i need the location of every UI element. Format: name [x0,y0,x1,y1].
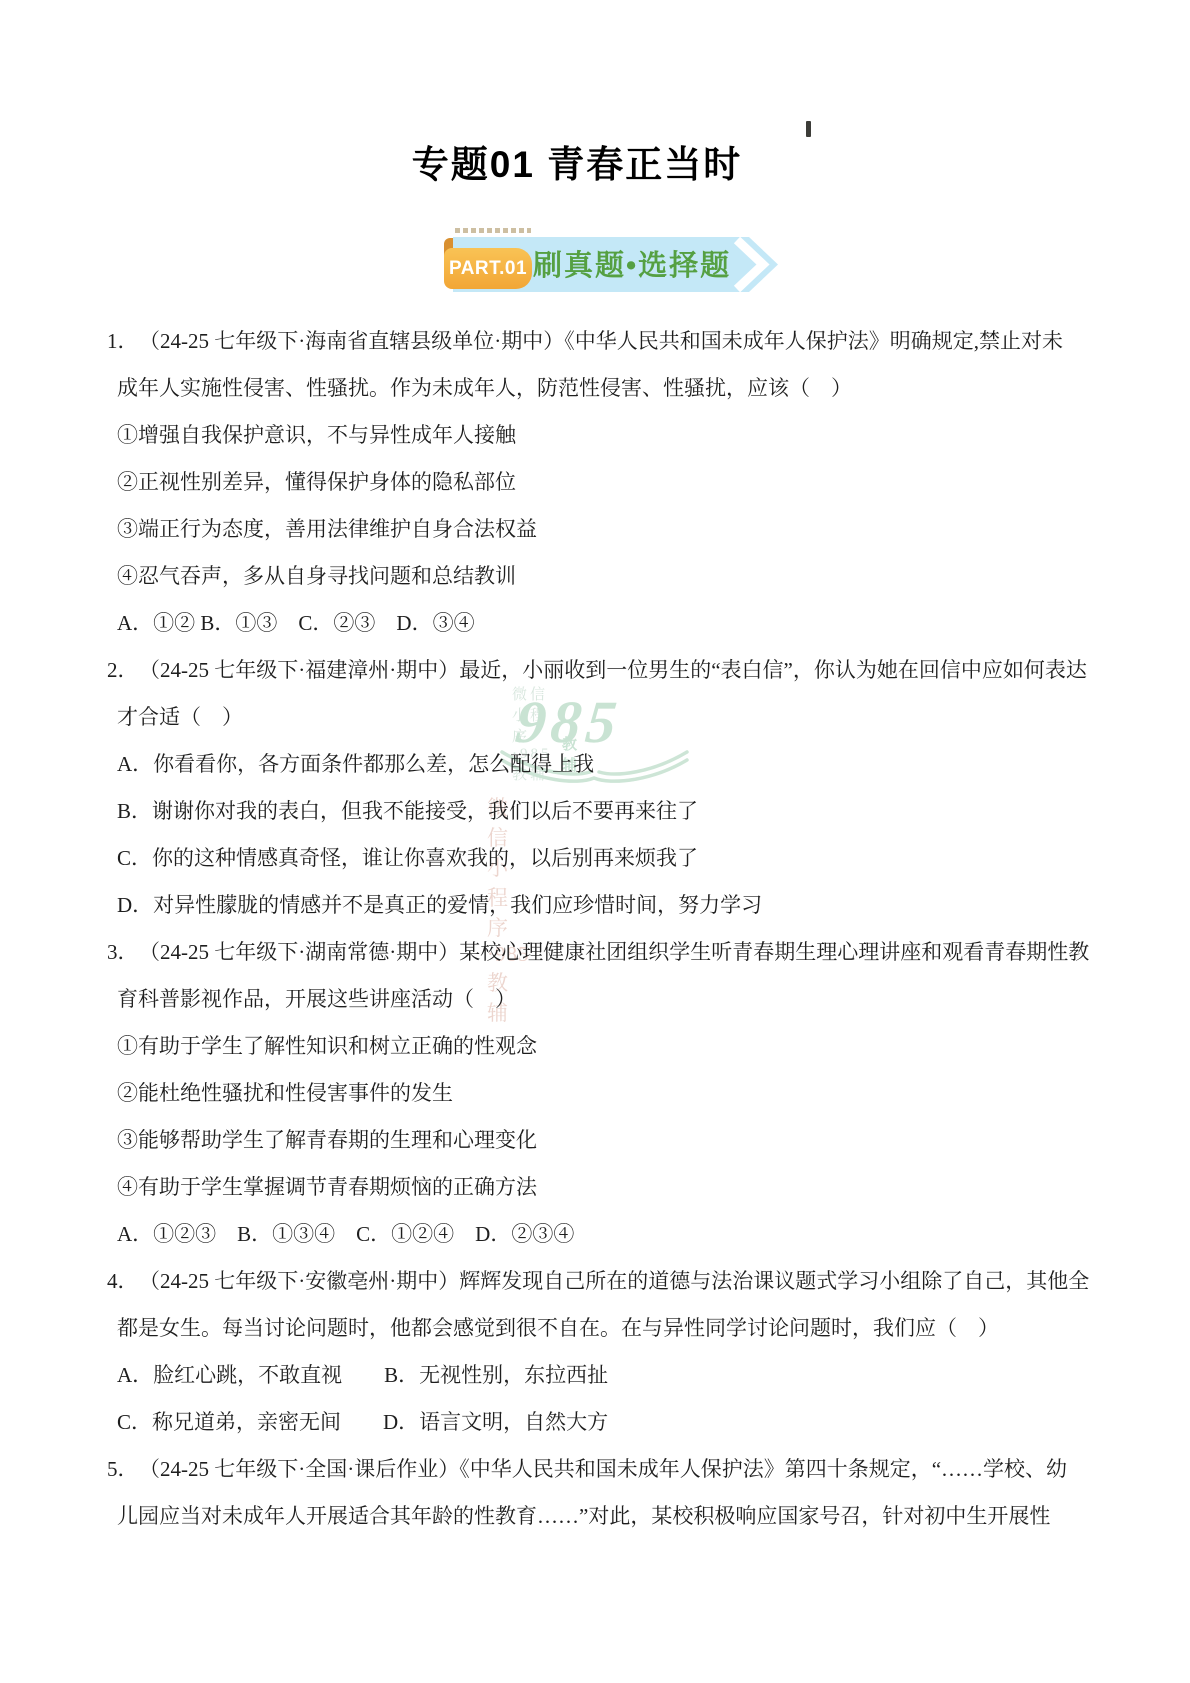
question-line: ①增强自我保护意识，不与异性成年人接触 [117,412,1089,459]
question-line: 都是女生。每当讨论问题时，他都会感觉到很不自在。在与异性同学讨论问题时，我们应（… [117,1305,1089,1352]
question-line: ③端正行为态度，善用法律维护自身合法权益 [117,506,1089,553]
question-line: A．①② B．①③ C．②③ D．③④ [117,600,1089,647]
question-line: 成年人实施性侵害、性骚扰。作为未成年人，防范性侵害、性骚扰，应该（ ） [117,365,1089,412]
question-line: 才合适（ ） [117,694,1089,741]
question-line: ④有助于学生掌握调节青春期烦恼的正确方法 [117,1164,1089,1211]
question-number: 3． [107,940,139,964]
question-item: 3．（24-25 七年级下·湖南常德·期中）某校心理健康社团组织学生听青春期生理… [107,929,1089,1258]
question-line: ②能杜绝性骚扰和性侵害事件的发生 [117,1070,1089,1117]
exam-page: 专题01 青春正当时 必刷真题•选择题 PART.01 微信小程序·985教辅 … [0,0,1190,1683]
question-line: ①有助于学生了解性知识和树立正确的性观念 [117,1023,1089,1070]
question-line: D．对异性朦胧的情感并不是真正的爱情，我们应珍惜时间，努力学习 [117,882,1089,929]
question-number: 5． [107,1457,139,1481]
question-first-line: 1．（24-25 七年级下·海南省直辖县级单位·期中）《中华人民共和国未成年人保… [107,318,1089,365]
question-item: 2．（24-25 七年级下·福建漳州·期中）最近，小丽收到一位男生的“表白信”，… [107,647,1089,929]
question-line: C．称兄道弟，亲密无间 D．语言文明，自然大方 [117,1399,1089,1446]
question-item: 4．（24-25 七年级下·安徽亳州·期中）辉辉发现自己所在的道德与法治课议题式… [107,1258,1089,1446]
question-item: 5．（24-25 七年级下·全国·课后作业）《中华人民共和国未成年人保护法》第四… [107,1446,1089,1540]
part-badge-label: PART.01 [449,258,527,280]
question-line: ②正视性别差异，懂得保护身体的隐私部位 [117,459,1089,506]
question-line: 育科普影视作品，开展这些讲座活动（ ） [117,976,1089,1023]
question-line: B．谢谢你对我的表白，但我不能接受，我们以后不要再来往了 [117,788,1089,835]
question-number: 4． [107,1269,139,1293]
question-stem-text: （24-25 七年级下·湖南常德·期中）某校心理健康社团组织学生听青春期生理心理… [150,940,1090,964]
question-number: 1． [107,329,139,353]
question-first-line: 3．（24-25 七年级下·湖南常德·期中）某校心理健康社团组织学生听青春期生理… [107,929,1089,976]
question-line: ③能够帮助学生了解青春期的生理和心理变化 [117,1117,1089,1164]
question-number: 2． [107,658,139,682]
banner-title: 必刷真题•选择题 [502,243,731,284]
question-line: C．你的这种情感真奇怪，谁让你喜欢我的，以后别再来烦我了 [117,835,1089,882]
question-first-line: 5．（24-25 七年级下·全国·课后作业）《中华人民共和国未成年人保护法》第四… [107,1446,1089,1493]
question-first-line: 2．（24-25 七年级下·福建漳州·期中）最近，小丽收到一位男生的“表白信”，… [107,647,1089,694]
page-title: 专题01 青春正当时 [0,134,1172,188]
question-stem-text: （24-25 七年级下·福建漳州·期中）最近，小丽收到一位男生的“表白信”，你认… [150,658,1087,682]
question-line: 儿园应当对未成年人开展适合其年龄的性教育……”对此，某校积极响应国家号召，针对初… [117,1493,1089,1540]
part-badge: PART.01 [444,248,532,289]
question-line: A．①②③ B．①③④ C．①②④ D．②③④ [117,1211,1089,1258]
question-line: A．脸红心跳，不敢直视 B．无视性别，东拉西扯 [117,1352,1089,1399]
question-line: ④忍气吞声，多从自身寻找问题和总结教训 [117,553,1089,600]
question-item: 1．（24-25 七年级下·海南省直辖县级单位·期中）《中华人民共和国未成年人保… [107,318,1089,647]
question-line: A．你看看你，各方面条件都那么差，怎么配得上我 [117,741,1089,788]
question-first-line: 4．（24-25 七年级下·安徽亳州·期中）辉辉发现自己所在的道德与法治课议题式… [107,1258,1089,1305]
dotted-line-decoration [455,228,531,233]
question-stem-text: （24-25 七年级下·全国·课后作业）《中华人民共和国未成年人保护法》第四十条… [150,1457,1068,1481]
question-stem-text: （24-25 七年级下·海南省直辖县级单位·期中）《中华人民共和国未成年人保护法… [150,329,1063,353]
question-list: 1．（24-25 七年级下·海南省直辖县级单位·期中）《中华人民共和国未成年人保… [107,318,1089,1540]
question-stem-text: （24-25 七年级下·安徽亳州·期中）辉辉发现自己所在的道德与法治课议题式学习… [150,1269,1090,1293]
